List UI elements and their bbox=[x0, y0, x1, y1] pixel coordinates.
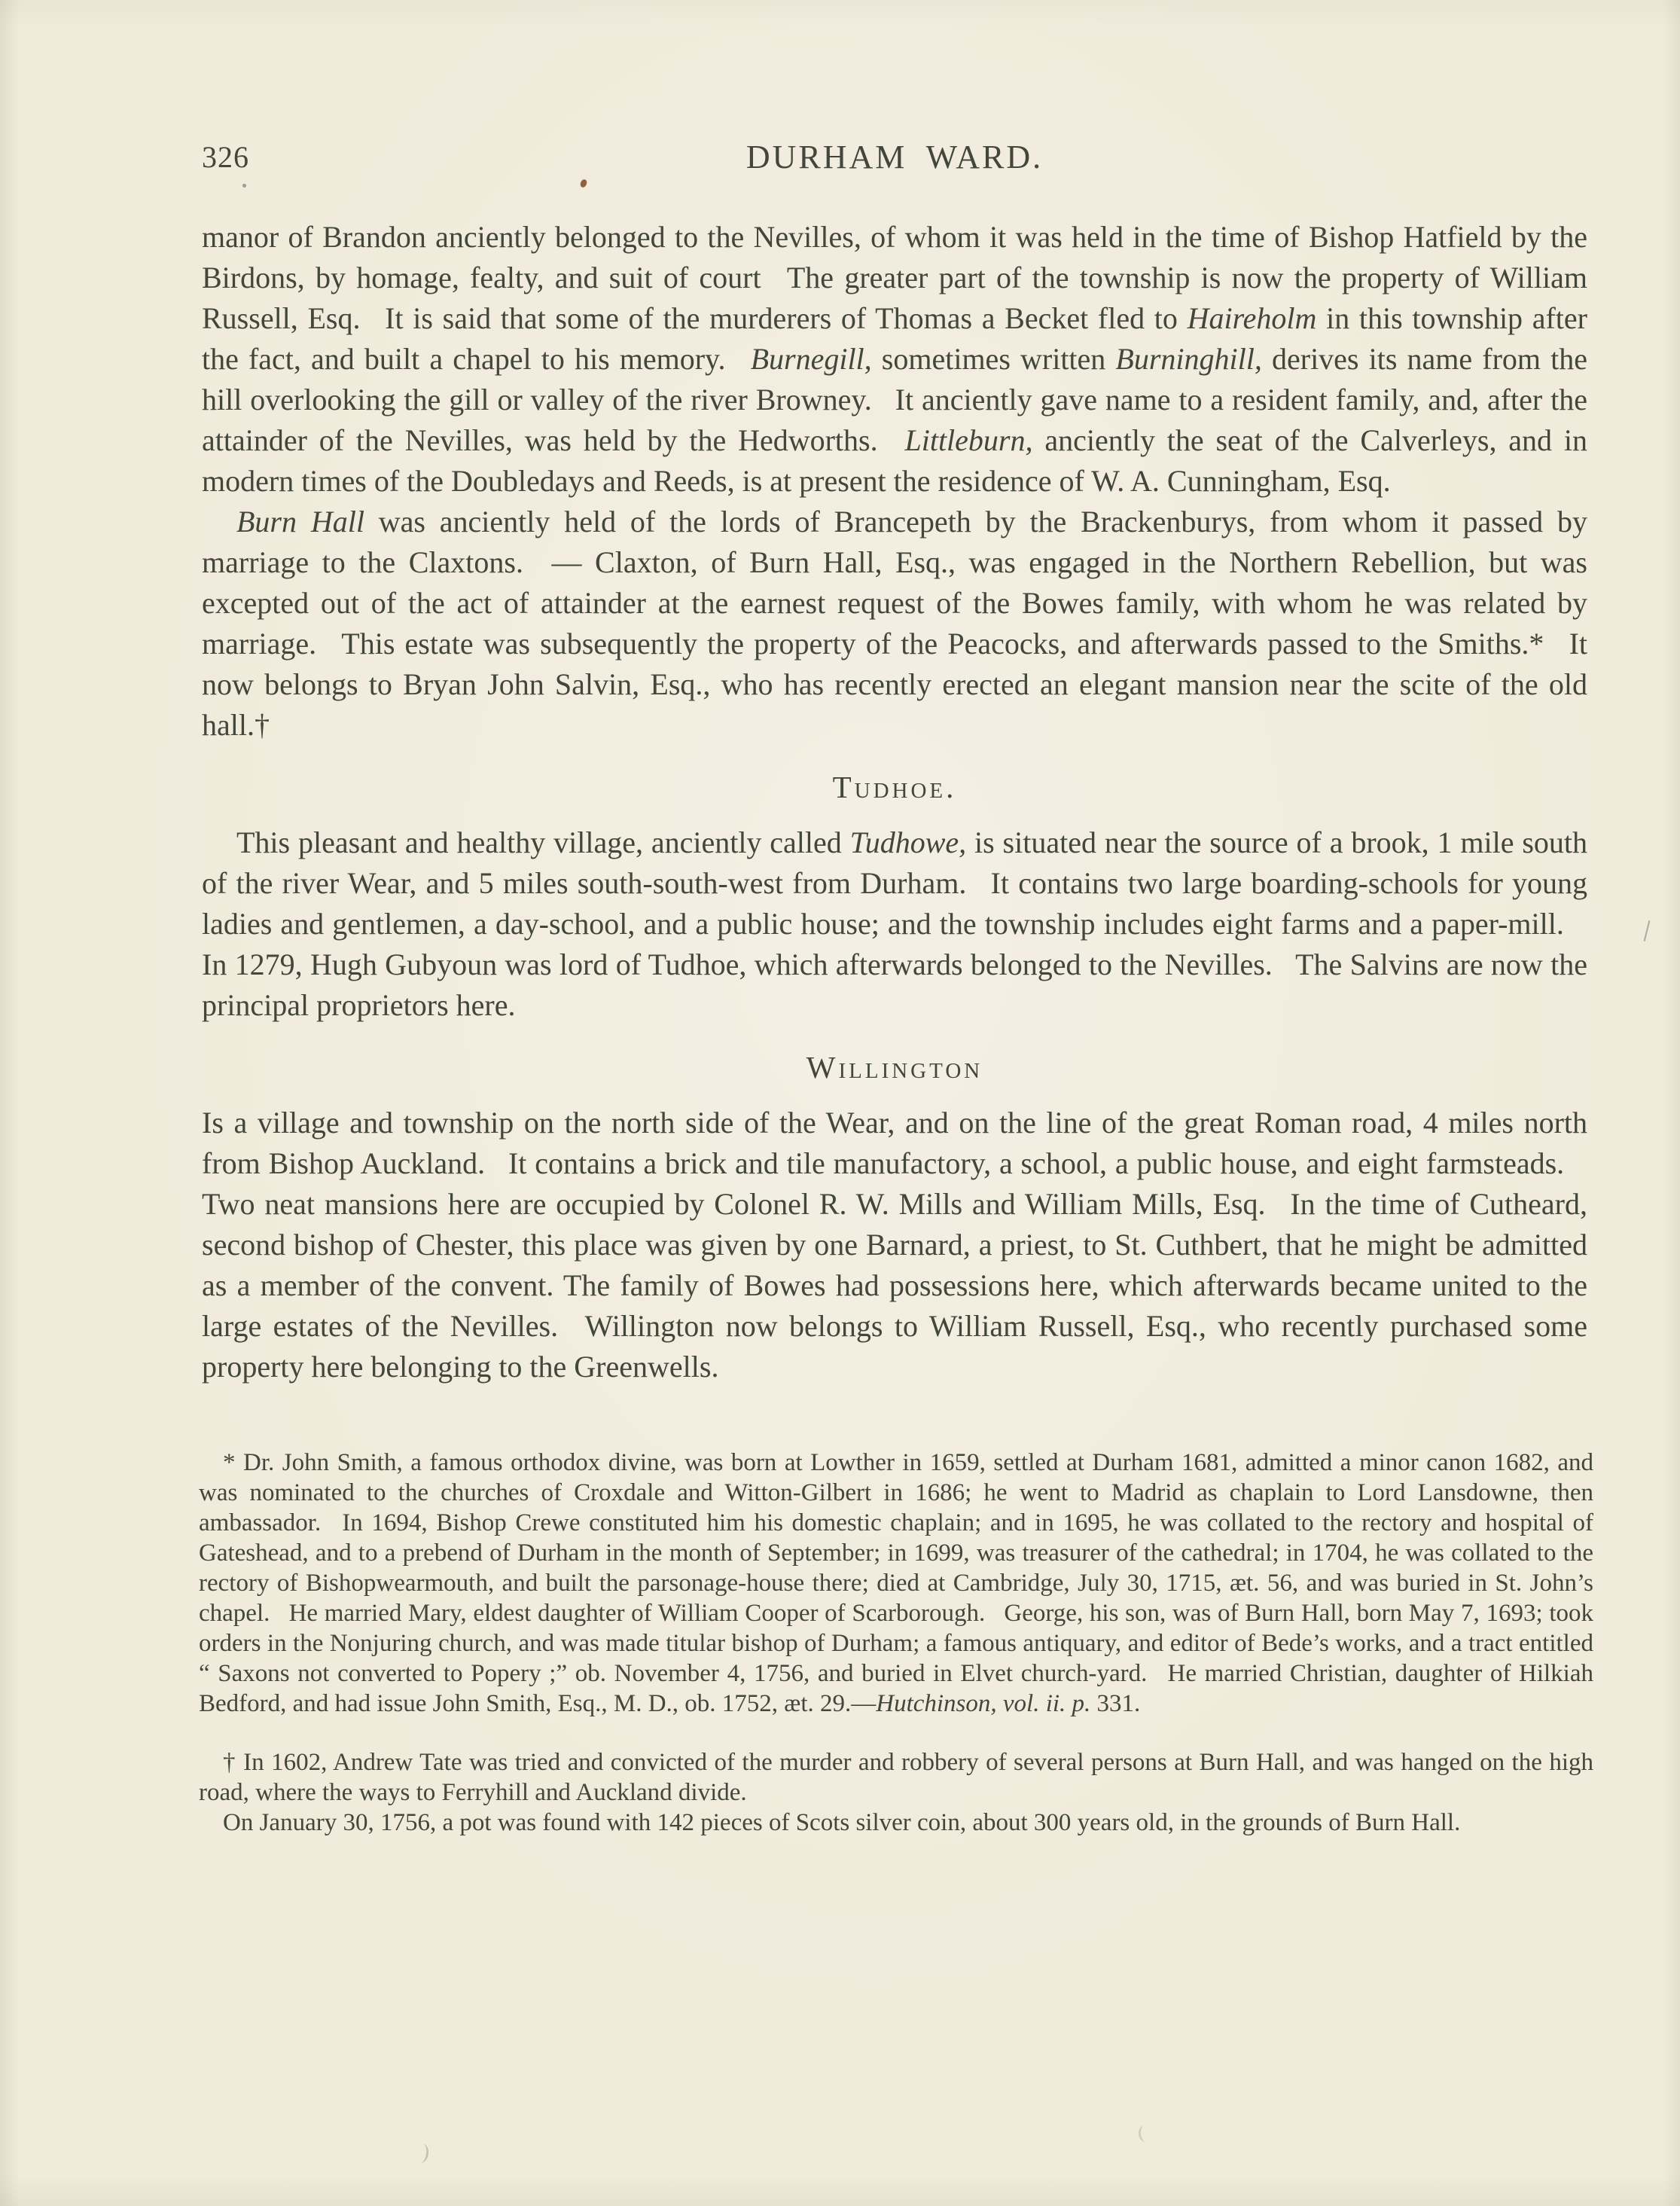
scan-blemish bbox=[1644, 920, 1651, 941]
italic-run: Haireholm bbox=[1188, 301, 1317, 335]
text-run: sometimes written bbox=[872, 342, 1116, 376]
text-run: On January 30, 1756, a pot was found wit… bbox=[223, 1809, 1460, 1836]
text-run: was anciently held of the lords of Branc… bbox=[202, 505, 1587, 742]
section-heading: Willington bbox=[202, 1047, 1587, 1088]
page-number: 326 bbox=[202, 139, 249, 175]
text-run: 331. bbox=[1090, 1690, 1140, 1717]
text-run: This pleasant and healthy village, ancie… bbox=[236, 825, 850, 859]
italic-run: Burninghill, bbox=[1115, 342, 1261, 376]
scan-blemish bbox=[413, 2143, 429, 2164]
text-run: Is a village and township on the north s… bbox=[202, 1106, 1587, 1384]
body-paragraph: manor of Brandon anciently belonged to t… bbox=[202, 217, 1587, 502]
italic-run: Burn Hall bbox=[236, 505, 364, 539]
italic-run: Hutchinson, vol. ii. p. bbox=[876, 1690, 1090, 1717]
footnotes: * Dr. John Smith, a famous orthodox divi… bbox=[199, 1448, 1593, 1838]
text-run: † In 1602, Andrew Tate was tried and con… bbox=[199, 1749, 1593, 1806]
text-column: manor of Brandon anciently belonged to t… bbox=[202, 217, 1587, 1387]
book-page: 326 DURHAM WARD. manor of Brandon ancien… bbox=[0, 0, 1680, 2206]
scan-blemish bbox=[1138, 2125, 1152, 2143]
italic-run: Littleburn, bbox=[904, 423, 1032, 457]
body-paragraph: Is a village and township on the north s… bbox=[202, 1103, 1587, 1387]
text-run: * Dr. John Smith, a famous orthodox divi… bbox=[199, 1449, 1593, 1717]
scan-blemish bbox=[242, 184, 246, 188]
body-paragraph: Burn Hall was anciently held of the lord… bbox=[202, 502, 1587, 746]
italic-run: Tudhowe, bbox=[850, 825, 966, 859]
page-header: 326 DURHAM WARD. bbox=[202, 138, 1587, 183]
footnote-paragraph: On January 30, 1756, a pot was found wit… bbox=[199, 1808, 1593, 1838]
section-heading: Tudhoe. bbox=[202, 767, 1587, 807]
footnote-paragraph: † In 1602, Andrew Tate was tried and con… bbox=[199, 1747, 1593, 1808]
body-paragraph: This pleasant and healthy village, ancie… bbox=[202, 822, 1587, 1026]
italic-run: Burnegill, bbox=[751, 342, 872, 376]
page-title: DURHAM WARD. bbox=[202, 138, 1587, 176]
footnote-paragraph: * Dr. John Smith, a famous orthodox divi… bbox=[199, 1448, 1593, 1719]
